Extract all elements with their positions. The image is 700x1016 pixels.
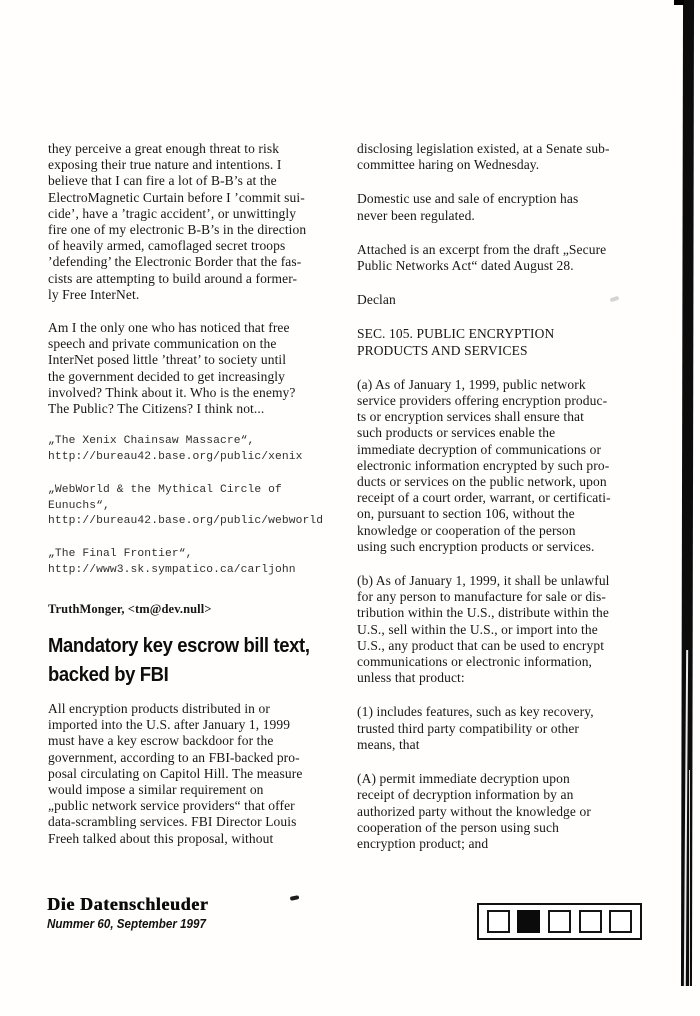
- page-indicator-box: [579, 910, 602, 933]
- body-paragraph: All encryption products distributed in o…: [48, 701, 351, 847]
- body-paragraph: Domestic use and sale of encryption has …: [357, 191, 659, 223]
- link-title: „The Xenix Chainsaw Massacre“,: [48, 434, 351, 450]
- footer-ink-dash: [290, 895, 300, 900]
- link-url: http://www3.sk.sympatico.ca/carljohn: [48, 563, 351, 579]
- link-title: „WebWorld & the Mythical Circle of Eunuc…: [48, 483, 351, 515]
- body-paragraph: (A) permit immediate decryption upon rec…: [357, 771, 659, 852]
- issue-info: Nummer 60, September 1997: [47, 917, 206, 931]
- scanned-magazine-page: they perceive a great enough threat to r…: [0, 0, 700, 1016]
- body-paragraph: disclosing legislation existed, at a Sen…: [357, 141, 659, 173]
- article-heading: Mandatory key escrow bill text, backed b…: [48, 631, 372, 689]
- page-indicator: [477, 903, 642, 940]
- page-indicator-box: [548, 910, 571, 933]
- scan-artifact-top-tick: [674, 0, 684, 5]
- link-url: http://bureau42.base.org/public/webworld: [48, 514, 351, 530]
- link-block: „WebWorld & the Mythical Circle of Eunuc…: [48, 483, 351, 530]
- page-footer: Die Datenschleuder Nummer 60, September …: [47, 894, 218, 931]
- page-indicator-box-filled: [517, 910, 540, 933]
- link-block: „The Xenix Chainsaw Massacre“, http://bu…: [48, 434, 351, 466]
- page-indicator-box: [609, 910, 632, 933]
- author-signature: TruthMonger, <tm@dev.null>: [48, 601, 351, 617]
- body-paragraph: (b) As of January 1, 1999, it shall be u…: [357, 573, 659, 686]
- magazine-title: Die Datenschleuder: [47, 894, 218, 915]
- link-title: „The Final Frontier“,: [48, 547, 351, 563]
- body-paragraph: (1) includes features, such as key recov…: [357, 704, 659, 753]
- page-indicator-box: [487, 910, 510, 933]
- column-right: disclosing legislation existed, at a Sen…: [357, 141, 659, 870]
- scan-artifact-right-edge: [681, 0, 694, 986]
- body-paragraph: they perceive a great enough threat to r…: [48, 141, 351, 303]
- section-heading: SEC. 105. PUBLIC ENCRYPTION PRODUCTS AND…: [357, 326, 659, 358]
- body-paragraph: Attached is an excerpt from the draft „S…: [357, 242, 659, 274]
- body-paragraph: (a) As of January 1, 1999, public networ…: [357, 377, 659, 555]
- link-url: http://bureau42.base.org/public/xenix: [48, 450, 351, 466]
- body-paragraph: Am I the only one who has noticed that f…: [48, 320, 351, 417]
- column-left: they perceive a great enough threat to r…: [48, 141, 351, 864]
- link-block: „The Final Frontier“, http://www3.sk.sym…: [48, 547, 351, 579]
- scan-artifact-hairline: [689, 770, 690, 986]
